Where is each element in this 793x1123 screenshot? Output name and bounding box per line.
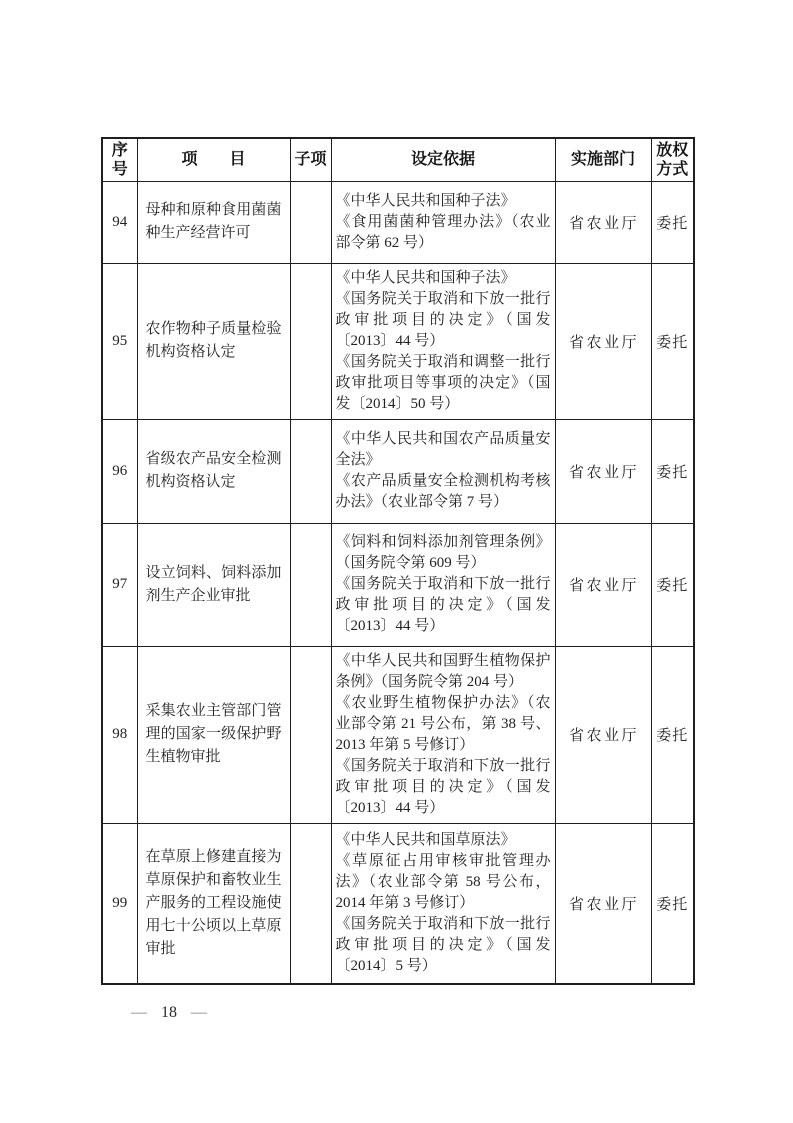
- department-cell: 省农业厅: [555, 263, 651, 419]
- row-number: 97: [102, 523, 137, 646]
- row-number: 98: [102, 646, 137, 823]
- col-header-no: 序号: [102, 138, 137, 181]
- department-cell: 省农业厅: [555, 181, 651, 263]
- legal-basis-line: 《国务院关于取消和下放一批行政审批项目的决定》（国发〔2013〕44 号）: [336, 289, 551, 352]
- item-name: 采集农业主管部门管理的国家一级保护野生植物审批: [137, 646, 290, 823]
- legal-basis-line: 《国务院关于取消和调整一批行政审批项目等事项的决定》（国发〔2014〕50 号）: [336, 352, 551, 415]
- subitem-cell: [290, 646, 331, 823]
- col-header-basis: 设定依据: [331, 138, 555, 181]
- delegation-mode-cell: 委托: [651, 263, 694, 419]
- legal-basis-cell: 《中华人民共和国草原法》 《草原征占用审核审批管理办法》（农业部令第 58 号公…: [331, 823, 555, 984]
- legal-basis-cell: 《中华人民共和国农产品质量安全法》 《农产品质量安全检测机构考核办法》（农业部令…: [331, 419, 555, 523]
- table-row: 96 省级农产品安全检测机构资格认定 《中华人民共和国农产品质量安全法》 《农产…: [102, 419, 694, 523]
- footer-right-dash: —: [191, 1004, 207, 1022]
- legal-basis-line: 《中华人民共和国草原法》: [336, 830, 551, 851]
- page-footer: — 18 —: [131, 1004, 207, 1022]
- legal-basis-line: 《农产品质量安全检测机构考核办法》（农业部令第 7 号）: [336, 471, 551, 513]
- table-row: 97 设立饲料、饲料添加剂生产企业审批 《饲料和饲料添加剂管理条例》（国务院令第…: [102, 523, 694, 646]
- subitem-cell: [290, 419, 331, 523]
- col-header-department: 实施部门: [555, 138, 651, 181]
- delegation-mode-cell: 委托: [651, 523, 694, 646]
- department-cell: 省农业厅: [555, 823, 651, 984]
- col-header-mode: 放权方式: [651, 138, 694, 181]
- table-header: 序号 项 目 子项 设定依据 实施部门 放权方式: [102, 138, 694, 181]
- legal-basis-cell: 《中华人民共和国野生植物保护条例》（国务院令第 204 号） 《农业野生植物保护…: [331, 646, 555, 823]
- legal-basis-line: 《中华人民共和国种子法》: [336, 268, 551, 289]
- legal-basis-cell: 《中华人民共和国种子法》 《食用菌菌种管理办法》（农业部令第 62 号）: [331, 181, 555, 263]
- legal-basis-cell: 《饲料和饲料添加剂管理条例》（国务院令第 609 号） 《国务院关于取消和下放一…: [331, 523, 555, 646]
- subitem-cell: [290, 263, 331, 419]
- page-number: 18: [161, 1004, 177, 1022]
- legal-basis-line: 《中华人民共和国种子法》: [336, 191, 551, 212]
- delegation-mode-cell: 委托: [651, 823, 694, 984]
- legal-basis-line: 《农业野生植物保护办法》（农业部令第 21 号公布，第 38 号、2013 年第…: [336, 693, 551, 756]
- legal-basis-cell: 《中华人民共和国种子法》 《国务院关于取消和下放一批行政审批项目的决定》（国发〔…: [331, 263, 555, 419]
- table-row: 95 农作物种子质量检验机构资格认定 《中华人民共和国种子法》 《国务院关于取消…: [102, 263, 694, 419]
- legal-basis-line: 《中华人民共和国野生植物保护条例》（国务院令第 204 号）: [336, 651, 551, 693]
- legal-basis-line: 《草原征占用审核审批管理办法》（农业部令第 58 号公布，2014 年第 3 号…: [336, 851, 551, 914]
- subitem-cell: [290, 181, 331, 263]
- header-row: 序号 项 目 子项 设定依据 实施部门 放权方式: [102, 138, 694, 181]
- delegation-mode-cell: 委托: [651, 646, 694, 823]
- legal-basis-line: 《食用菌菌种管理办法》（农业部令第 62 号）: [336, 212, 551, 254]
- legal-basis-line: 《国务院关于取消和下放一批行政审批项目的决定》（国发〔2014〕5 号）: [336, 914, 551, 977]
- item-name: 母种和原种食用菌菌种生产经营许可: [137, 181, 290, 263]
- row-number: 94: [102, 181, 137, 263]
- table-row: 94 母种和原种食用菌菌种生产经营许可 《中华人民共和国种子法》 《食用菌菌种管…: [102, 181, 694, 263]
- legal-basis-line: 《国务院关于取消和下放一批行政审批项目的决定》（国发〔2013〕44 号）: [336, 574, 551, 637]
- item-name: 在草原上修建直接为草原保护和畜牧业生产服务的工程设施使用七十公顷以上草原审批: [137, 823, 290, 984]
- legal-basis-line: 《国务院关于取消和下放一批行政审批项目的决定》（国发〔2013〕44 号）: [336, 756, 551, 819]
- table-row: 99 在草原上修建直接为草原保护和畜牧业生产服务的工程设施使用七十公顷以上草原审…: [102, 823, 694, 984]
- footer-left-dash: —: [131, 1004, 147, 1022]
- item-name: 设立饲料、饲料添加剂生产企业审批: [137, 523, 290, 646]
- delegation-mode-cell: 委托: [651, 419, 694, 523]
- row-number: 95: [102, 263, 137, 419]
- legal-basis-line: 《中华人民共和国农产品质量安全法》: [336, 429, 551, 471]
- legal-basis-line: 《饲料和饲料添加剂管理条例》（国务院令第 609 号）: [336, 532, 551, 574]
- delegation-mode-cell: 委托: [651, 181, 694, 263]
- col-header-subitem: 子项: [290, 138, 331, 181]
- department-cell: 省农业厅: [555, 419, 651, 523]
- row-number: 99: [102, 823, 137, 984]
- item-name: 省级农产品安全检测机构资格认定: [137, 419, 290, 523]
- row-number: 96: [102, 419, 137, 523]
- col-header-item: 项 目: [137, 138, 290, 181]
- table-row: 98 采集农业主管部门管理的国家一级保护野生植物审批 《中华人民共和国野生植物保…: [102, 646, 694, 823]
- item-name: 农作物种子质量检验机构资格认定: [137, 263, 290, 419]
- document-page: { "document": { "table": { "headers": { …: [0, 0, 793, 1123]
- subitem-cell: [290, 823, 331, 984]
- subitem-cell: [290, 523, 331, 646]
- department-cell: 省农业厅: [555, 646, 651, 823]
- approval-items-table: 序号 项 目 子项 设定依据 实施部门 放权方式 94 母种和原种食用菌菌种生产…: [101, 137, 695, 985]
- department-cell: 省农业厅: [555, 523, 651, 646]
